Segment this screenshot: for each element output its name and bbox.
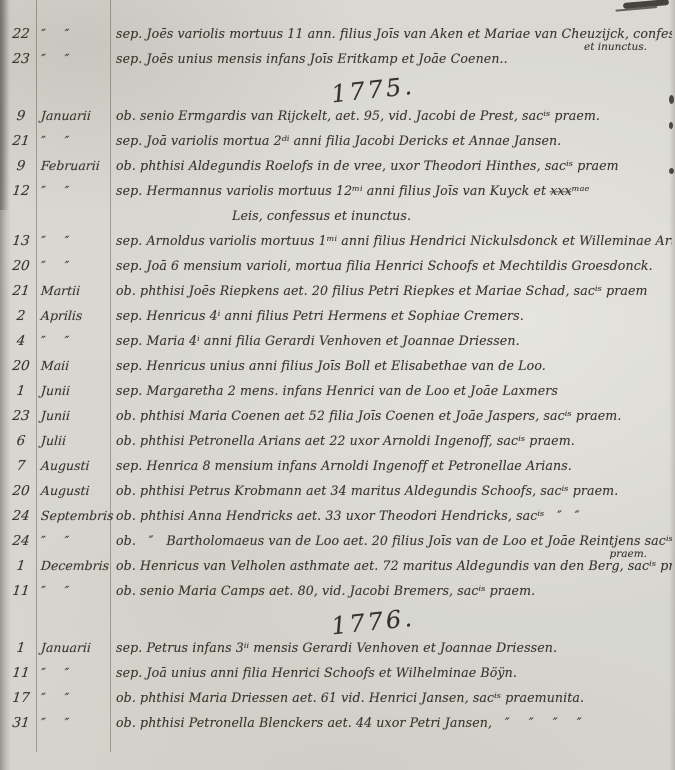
entry-day: 31: [5, 715, 37, 731]
entry-text: ob. phthisi Petronella Arians aet 22 uxo…: [116, 433, 672, 448]
register-rows: 22″ ″sep. Joēs variolis mortuus 11 ann. …: [0, 0, 675, 740]
entry-text: sep. Henricus unius anni filius Joīs Bol…: [116, 358, 672, 373]
entry-day: 11: [5, 583, 37, 599]
entry-text: ob. senio Ermgardis van Rijckelt, aet. 9…: [116, 108, 672, 123]
entry-text: ob. phthisi Maria Driessen aet. 61 vid. …: [116, 690, 672, 705]
entry-month: ″ ″: [40, 133, 113, 148]
register-row: 13″ ″sep. Arnoldus variolis mortuus 1ᵐⁱ …: [0, 233, 675, 258]
entry-month: Augusti: [40, 483, 113, 498]
entry-month: Maii: [40, 358, 113, 373]
entry-text: sep. Joēs variolis mortuus 11 ann. filiu…: [116, 26, 672, 41]
register-page-scan: 22″ ″sep. Joēs variolis mortuus 11 ann. …: [0, 0, 675, 770]
register-row: 4″ ″sep. Maria 4ⁱ anni filia Gerardi Ven…: [0, 333, 675, 358]
entry-day: 13: [5, 233, 37, 249]
entry-text: ob. Henricus van Velholen asthmate aet. …: [116, 558, 672, 573]
entry-day: 21: [5, 283, 37, 299]
entry-text: sep. Maria 4ⁱ anni filia Gerardi Venhove…: [116, 333, 672, 348]
entry-text: sep. Petrus infans 3ⁱⁱ mensis Gerardi Ve…: [116, 640, 672, 655]
entry-day: 23: [5, 408, 37, 424]
entry-text: sep. Joēs unius mensis infans Joīs Eritk…: [116, 51, 672, 66]
entry-text: ob. phthisi Maria Coenen aet 52 filia Jo…: [116, 408, 672, 423]
entry-month: ″ ″: [40, 715, 113, 730]
entry-text: ob. phthisi Petronella Blenckers aet. 44…: [116, 715, 672, 730]
entry-text: ob. ″ Bartholomaeus van de Loo aet. 20 f…: [116, 533, 672, 548]
entry-text: ob. phthisi Anna Hendricks aet. 33 uxor …: [116, 508, 672, 523]
entry-text: sep. Henricus 4ⁱ anni filius Petri Herme…: [116, 308, 672, 323]
entry-text: sep. Arnoldus variolis mortuus 1ᵐⁱ anni …: [116, 233, 672, 248]
entry-day: 24: [5, 508, 37, 524]
register-row: 12″ ″sep. Hermannus variolis mortuus 12ᵐ…: [0, 183, 675, 208]
entry-month: ″ ″: [40, 583, 113, 598]
entry-month: ″ ″: [40, 690, 113, 705]
entry-month: Junii: [40, 383, 113, 398]
register-row: 21Martiiob. phthisi Joēs Riepkens aet. 2…: [0, 283, 675, 308]
register-row: 20″ ″sep. Joā 6 mensium varioli, mortua …: [0, 258, 675, 283]
year-heading: 1775.: [0, 76, 675, 108]
register-row: 23Juniiob. phthisi Maria Coenen aet 52 f…: [0, 408, 675, 433]
register-row: 20Augustiob. phthisi Petrus Krobmann aet…: [0, 483, 675, 508]
entry-text: sep. Joā 6 mensium varioli, mortua filia…: [116, 258, 672, 273]
register-row: 11″ ″sep. Joā unius anni filia Henrici S…: [0, 665, 675, 690]
entry-month: ″ ″: [40, 258, 113, 273]
register-row: 23″ ″sep. Joēs unius mensis infans Joīs …: [0, 51, 675, 76]
entry-month: Septembris: [40, 508, 113, 523]
entry-day: 4: [5, 333, 37, 349]
entry-month: Junii: [40, 408, 113, 423]
entry-month: Augusti: [40, 458, 113, 473]
entry-day: 20: [5, 358, 37, 374]
entry-text: ob. phthisi Petrus Krobmann aet 34 marit…: [116, 483, 672, 498]
register-row: 1Januariisep. Petrus infans 3ⁱⁱ mensis G…: [0, 640, 675, 665]
entry-month: Martii: [40, 283, 113, 298]
entry-month: ″ ″: [40, 183, 113, 198]
entry-month: Januarii: [40, 108, 113, 123]
entry-month: ″ ″: [40, 665, 113, 680]
entry-continuation: Leis, confessus et inunctus.: [0, 208, 675, 233]
entry-day: 20: [5, 483, 37, 499]
register-row: 7Augustisep. Henrica 8 mensium infans Ar…: [0, 458, 675, 483]
register-row: 21″ ″sep. Joā variolis mortua 2ᵈⁱ anni f…: [0, 133, 675, 158]
entry-day: 22: [5, 26, 37, 42]
entry-day: 1: [5, 558, 37, 574]
register-row: 2Aprilissep. Henricus 4ⁱ anni filius Pet…: [0, 308, 675, 333]
entry-text: ob. phthisi Joēs Riepkens aet. 20 filius…: [116, 283, 672, 298]
register-row: 17″ ″ob. phthisi Maria Driessen aet. 61 …: [0, 690, 675, 715]
register-row: 24Septembrisob. phthisi Anna Hendricks a…: [0, 508, 675, 533]
entry-text: sep. Margaretha 2 mens. infans Henrici v…: [116, 383, 672, 398]
entry-day: 9: [5, 158, 37, 174]
entry-day: 7: [5, 458, 37, 474]
entry-day: 23: [5, 51, 37, 67]
register-row: 24″ ″ob. ″ Bartholomaeus van de Loo aet.…: [0, 533, 675, 558]
entry-day: 11: [5, 665, 37, 681]
entry-month: ″ ″: [40, 233, 113, 248]
register-row: 1Juniisep. Margaretha 2 mens. infans Hen…: [0, 383, 675, 408]
entry-month: ″ ″: [40, 333, 113, 348]
entry-day: 2: [5, 308, 37, 324]
entry-text: sep. Joā unius anni filia Henrici Schoof…: [116, 665, 672, 680]
register-row: 9Januariiob. senio Ermgardis van Rijckel…: [0, 108, 675, 133]
entry-day: 1: [5, 383, 37, 399]
entry-day: 9: [5, 108, 37, 124]
entry-continuation-text: Leis, confessus et inunctus.: [232, 208, 662, 223]
register-row: 11″ ″ob. senio Maria Camps aet. 80, vid.…: [0, 583, 675, 608]
entry-month: ″ ″: [40, 26, 113, 41]
entry-day: 20: [5, 258, 37, 274]
entry-text: sep. Hermannus variolis mortuus 12ᵐⁱ ann…: [116, 183, 672, 198]
year-heading: 1776.: [0, 608, 675, 640]
entry-month: Julii: [40, 433, 113, 448]
entry-month: Aprilis: [40, 308, 113, 323]
entry-text: ob. phthisi Aldegundis Roelofs in de vre…: [116, 158, 672, 173]
entry-day: 21: [5, 133, 37, 149]
entry-day: 24: [5, 533, 37, 549]
entry-day: 1: [5, 640, 37, 656]
register-row: 6Juliiob. phthisi Petronella Arians aet …: [0, 433, 675, 458]
register-row: 22″ ″sep. Joēs variolis mortuus 11 ann. …: [0, 26, 675, 51]
entry-day: 17: [5, 690, 37, 706]
entry-day: 6: [5, 433, 37, 449]
entry-month: Februarii: [40, 158, 113, 173]
entry-text: ob. senio Maria Camps aet. 80, vid. Jaco…: [116, 583, 672, 598]
register-row: 20Maiisep. Henricus unius anni filius Jo…: [0, 358, 675, 383]
entry-month: Decembris: [40, 558, 113, 573]
entry-month: ″ ″: [40, 51, 113, 66]
entry-month: Januarii: [40, 640, 113, 655]
entry-day: 12: [5, 183, 37, 199]
entry-text: sep. Henrica 8 mensium infans Arnoldi In…: [116, 458, 672, 473]
register-row: 9Februariiob. phthisi Aldegundis Roelofs…: [0, 158, 675, 183]
entry-text: sep. Joā variolis mortua 2ᵈⁱ anni filia …: [116, 133, 672, 148]
entry-month: ″ ″: [40, 533, 113, 548]
register-row: 1Decembrisob. Henricus van Velholen asth…: [0, 558, 675, 583]
register-row: 31″ ″ob. phthisi Petronella Blenckers ae…: [0, 715, 675, 740]
